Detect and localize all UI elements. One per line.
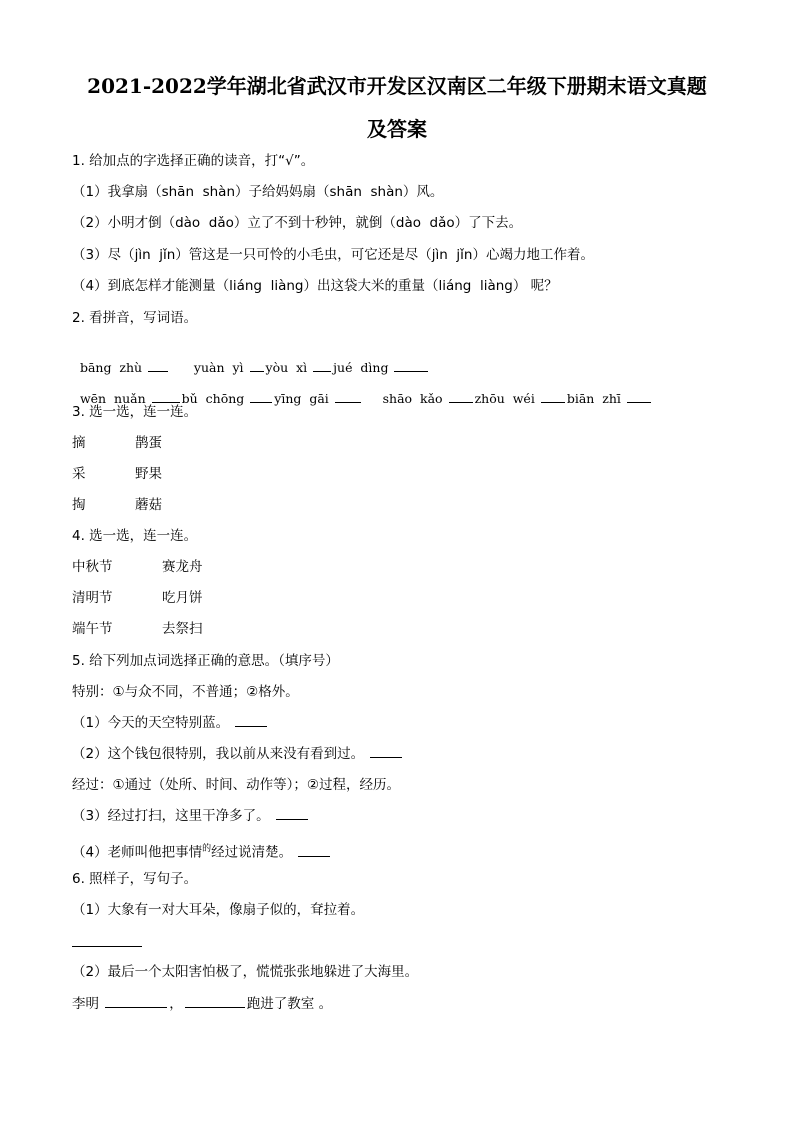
q1-item-3: （3）尽（jìn jǐn）管这是一只可怜的小毛虫，可它还是尽（jìn jǐn）心… [72,246,594,264]
q5-item-1-text: （1）今天的天空特别蓝。 [72,715,229,731]
q6-heading: 6. 照样子，写句子。 [72,870,197,888]
q4-left-2[interactable]: 清明节 [72,589,113,607]
q3-left-2[interactable]: 采 [72,465,86,483]
q1-item-4: （4）到底怎样才能测量（liáng liàng）出这袋大米的重量（liáng l… [72,277,558,295]
q5-definition-2: 经过：①通过（处所、时间、动作等）；②过程，经历。 [72,776,400,794]
q6-item-2-answer: 李明 ，跑进了教室 。 [72,995,332,1013]
q1-item-2: （2）小明才倒（dào dǎo）立了不到十秒钟，就倒（dào dǎo）了下去。 [72,214,522,232]
q3-left-3[interactable]: 掏 [72,496,86,514]
q6-subject: 李明 [72,996,99,1012]
q6-ending: 跑进了教室 。 [247,996,332,1012]
q5-definition-1: 特别：①与众不同，不普通；②格外。 [72,683,299,701]
answer-blank[interactable] [394,359,428,372]
q5-item-4: （4）老师叫他把事情的经过说清楚。 [72,840,332,862]
q5-item-4-small-char: 的 [202,844,211,854]
q3-heading: 3. 选一选，连一连。 [72,403,197,421]
q2-heading: 2. 看拼音，写词语。 [72,309,197,327]
pinyin: yīng gāi [274,391,329,406]
answer-blank[interactable] [250,390,272,403]
q4-right-2[interactable]: 吃月饼 [162,589,203,607]
answer-blank[interactable] [152,390,180,403]
q6-item-2: （2）最后一个太阳害怕极了，慌慌张张地躲进了大海里。 [72,963,418,981]
q4-right-1[interactable]: 赛龙舟 [162,558,203,576]
q4-heading: 4. 选一选，连一连。 [72,527,197,545]
pinyin: shāo kǎo [383,391,443,406]
q1-heading: 1. 给加点的字选择正确的读音，打“√”。 [72,152,314,170]
q4-right-3[interactable]: 去祭扫 [162,620,203,638]
pinyin: biān zhī [567,391,621,406]
answer-blank[interactable] [298,844,330,857]
answer-blank[interactable] [148,359,168,372]
q4-left-3[interactable]: 端午节 [72,620,113,638]
answer-blank[interactable] [313,359,331,372]
document-title-line1: 2021-2022学年湖北省武汉市开发区汉南区二年级下册期末语文真题 [0,70,794,99]
q6-comma: ， [169,996,183,1012]
q5-item-3: （3）经过打扫，这里干净多了。 [72,807,310,825]
q3-left-1[interactable]: 摘 [72,434,86,452]
document-title-line2: 及答案 [0,113,794,142]
q3-right-1[interactable]: 鹊蛋 [135,434,162,452]
q4-left-1[interactable]: 中秋节 [72,558,113,576]
q5-item-2-text: （2）这个钱包很特别，我以前从来没有看到过。 [72,746,364,762]
q5-heading: 5. 给下列加点词选择正确的意思。（填序号） [72,652,339,670]
answer-blank[interactable] [235,714,267,727]
answer-blank[interactable] [250,359,264,372]
q5-item-3-text: （3）经过打扫，这里干净多了。 [72,808,270,824]
pinyin: zhōu wéi [475,391,535,406]
q1-item-1: （1）我拿扇（shān shàn）子给妈妈扇（shān shàn）风。 [72,183,443,201]
q5-item-4-text-b: 经过说清楚。 [211,845,292,861]
q3-right-3[interactable]: 蘑菇 [135,496,162,514]
q5-item-4-text-a: （4）老师叫他把事情 [72,845,202,861]
q5-item-2: （2）这个钱包很特别，我以前从来没有看到过。 [72,745,404,763]
q6-answer-line-1[interactable] [72,946,142,947]
answer-blank[interactable] [449,390,473,403]
q6-item-1: （1）大象有一对大耳朵，像扇子似的，耷拉着。 [72,901,364,919]
answer-blank[interactable] [276,807,308,820]
answer-blank[interactable] [335,390,361,403]
answer-blank[interactable] [370,745,402,758]
answer-blank[interactable] [627,390,651,403]
q3-right-2[interactable]: 野果 [135,465,162,483]
answer-blank[interactable] [105,995,167,1008]
answer-blank[interactable] [185,995,245,1008]
answer-blank[interactable] [541,390,565,403]
q5-item-1: （1）今天的天空特别蓝。 [72,714,269,732]
